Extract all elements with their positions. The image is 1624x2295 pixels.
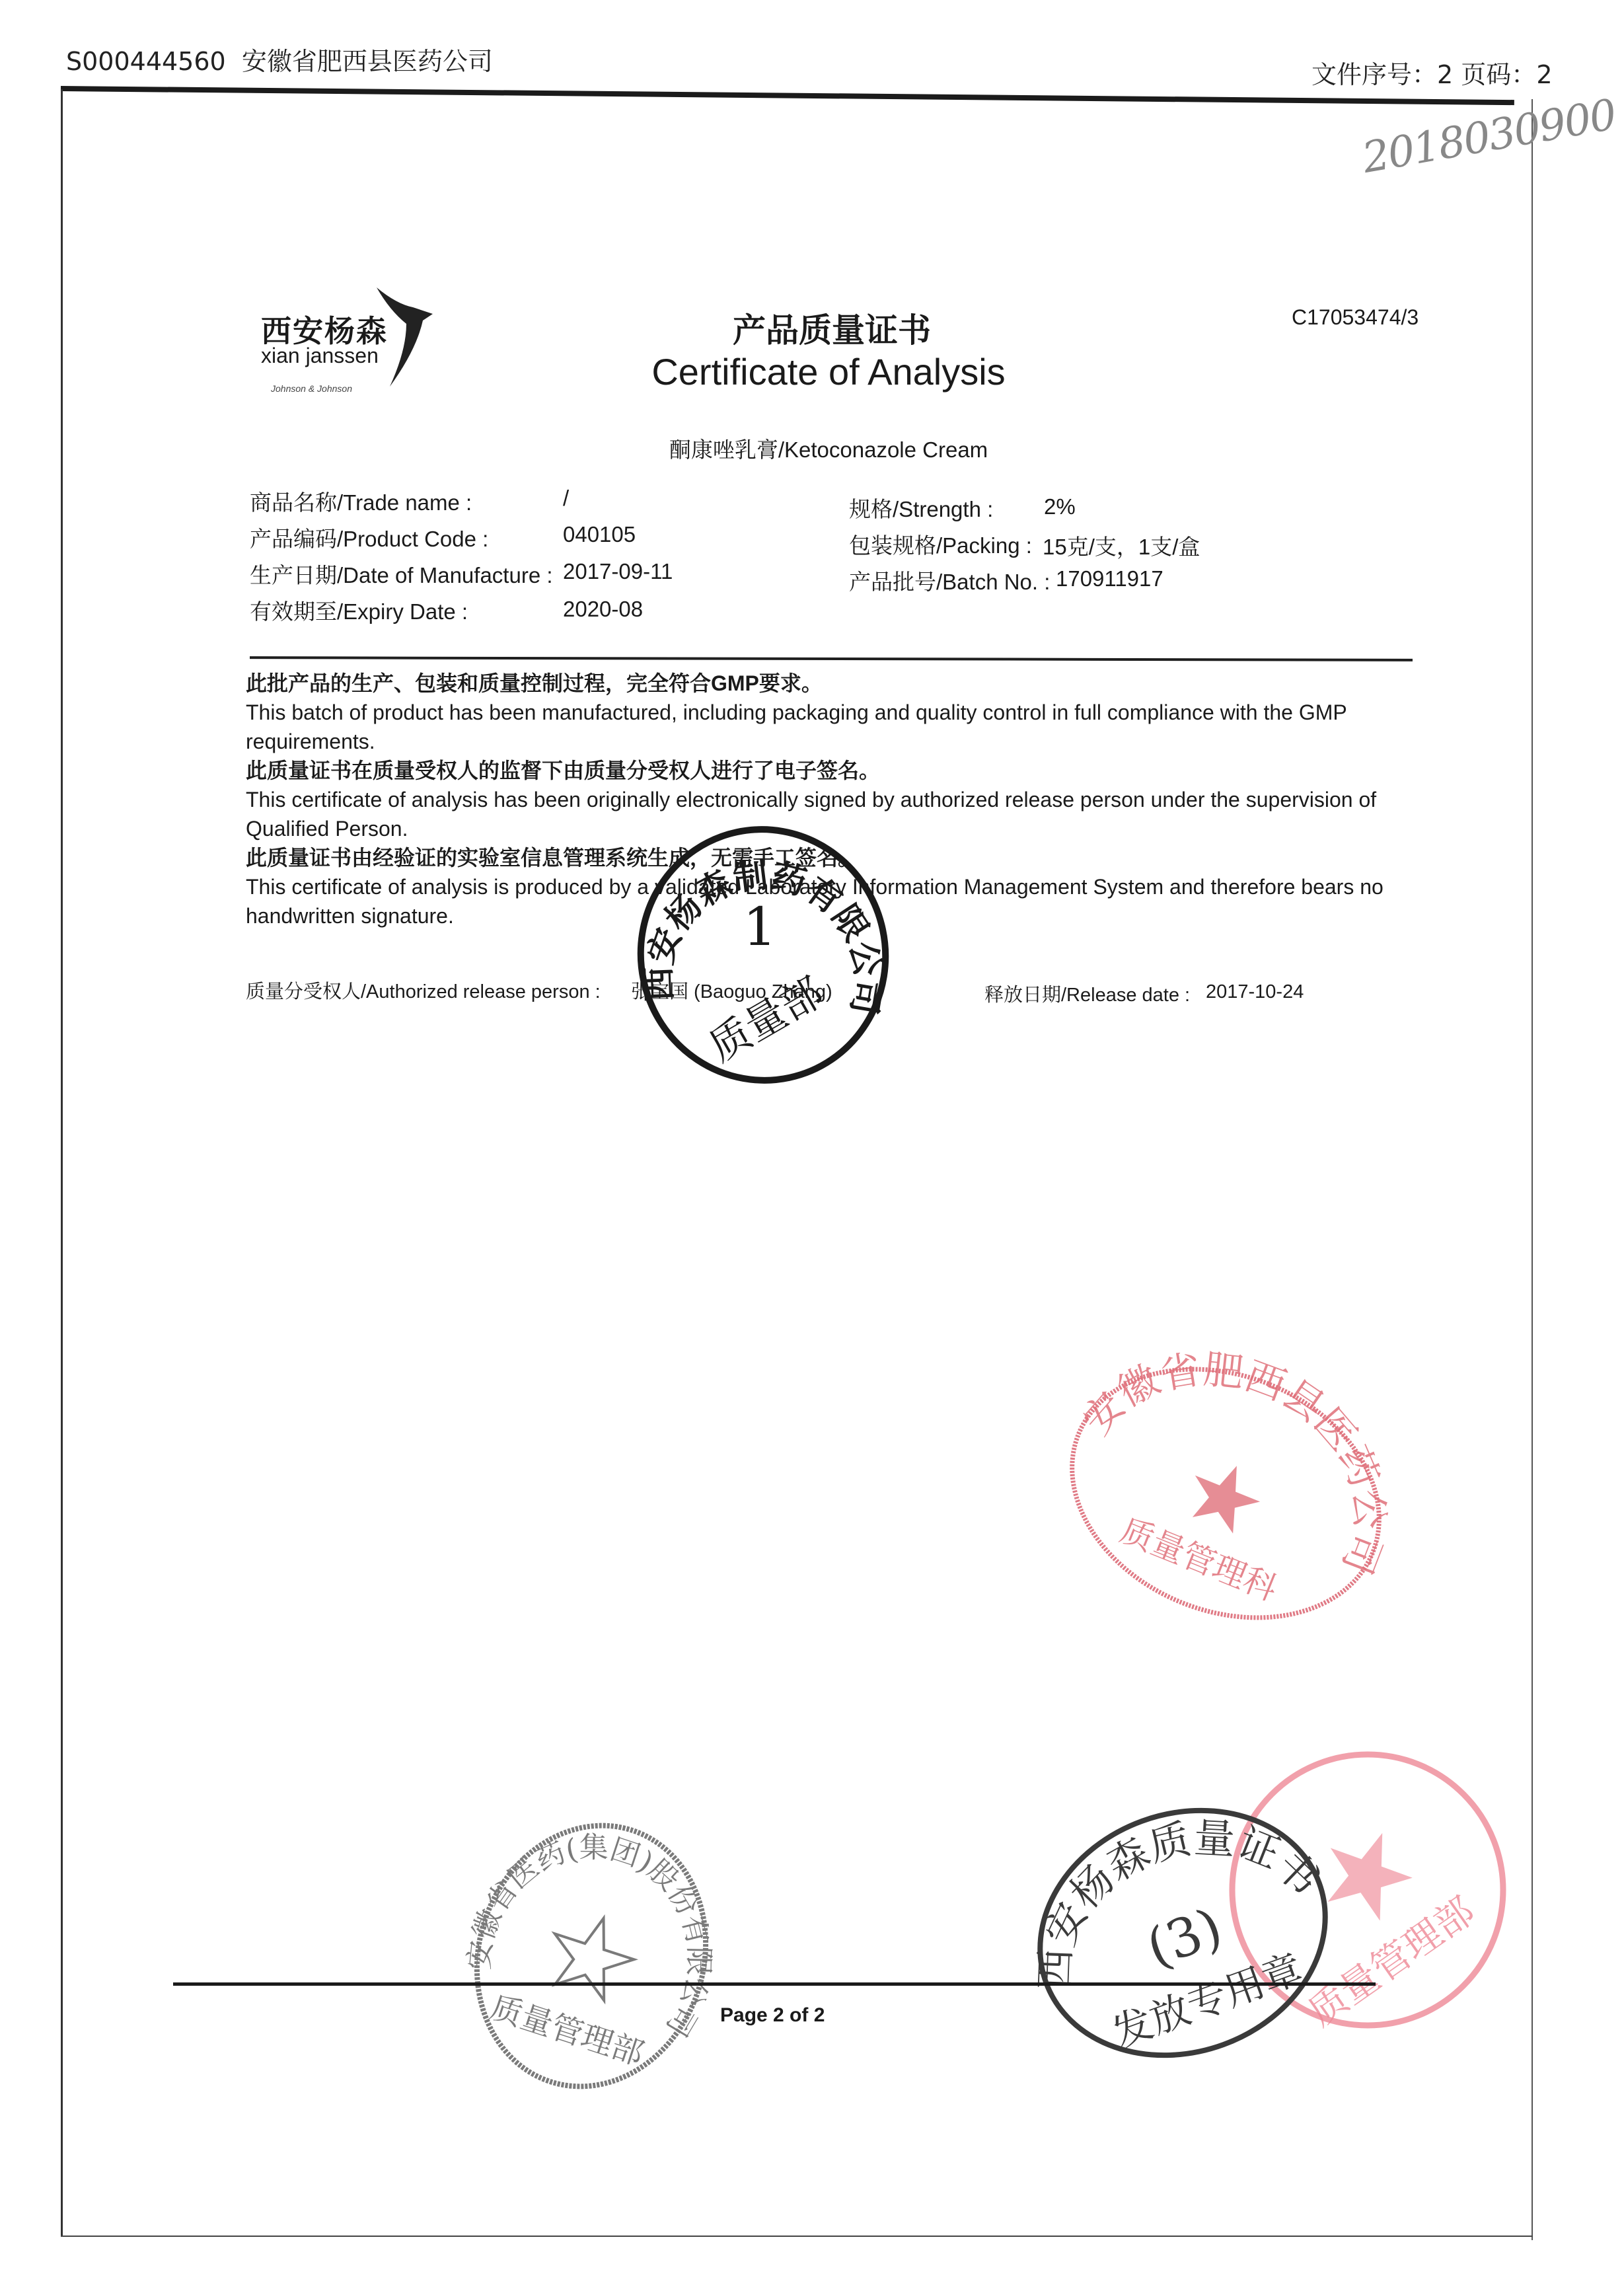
field-label-trade-name: 商品名称/Trade name :	[250, 486, 472, 517]
statement-1-cn: 此批产品的生产、包装和质量控制过程，完全符合GMP要求。	[246, 669, 1422, 698]
scan-frame-top	[61, 86, 1514, 105]
statement-1-en: This batch of product has been manufactu…	[246, 698, 1422, 756]
field-label-product-code: 产品编码/Product Code :	[250, 522, 488, 553]
svg-text:1: 1	[743, 896, 777, 958]
field-label-expiry-date: 有效期至/Expiry Date :	[250, 595, 468, 626]
document-code: C17053474/3	[1292, 305, 1419, 330]
release-date-label: 释放日期/Release date :	[984, 980, 1190, 1007]
page-number: 2	[1536, 60, 1552, 89]
field-value-manufacture-date: 2017-09-11	[563, 559, 673, 584]
receiver-red-stamp: 安徽省肥西县医药公司 质量管理科	[1051, 1348, 1401, 1639]
file-seq: 2	[1437, 60, 1453, 89]
svg-text:(3): (3)	[1138, 1896, 1230, 1979]
footer-divider	[173, 1982, 1376, 1986]
field-label-manufacture-date: 生产日期/Date of Manufacture :	[250, 558, 553, 589]
svg-text:质量管理科: 质量管理科	[1115, 1511, 1283, 1608]
section-divider	[250, 656, 1413, 661]
doc-id: S000444560	[66, 47, 226, 76]
scan-frame-right	[1532, 99, 1533, 2240]
page-indicator: Page 2 of 2	[720, 2004, 825, 2027]
svg-text:质量管理部: 质量管理部	[486, 1988, 648, 2072]
field-value-strength: 2%	[1044, 494, 1076, 519]
page-label: 页码：	[1461, 60, 1536, 89]
wholesaler-gray-stamp: 安徽省医药(集团)股份有限公司 质量管理部	[456, 1811, 727, 2101]
field-value-trade-name: /	[563, 486, 569, 511]
release-seal-stamp: 西安杨森质量证书 (3) 发放专用章	[1017, 1797, 1348, 2068]
field-label-packing: 包装规格/Packing :	[849, 529, 1032, 560]
field-value-expiry-date: 2020-08	[563, 597, 643, 622]
svg-text:安徽省肥西县医药公司: 安徽省肥西县医药公司	[1058, 1348, 1401, 1581]
authorized-person-label: 质量分受权人/Authorized release person :	[246, 977, 601, 1004]
scan-frame-bottom	[61, 2236, 1533, 2237]
title-en: Certificate of Analysis	[0, 350, 1624, 393]
scan-frame-left	[61, 89, 63, 2237]
svg-text:质量部: 质量部	[700, 967, 831, 1071]
scan-header-right: 文件序号：2 页码：2	[1311, 54, 1553, 91]
company-name: 安徽省肥西县医药公司	[242, 47, 493, 76]
field-value-packing: 15克/支，1支/盒	[1043, 530, 1200, 561]
statement-2-cn: 此质量证书在质量受权人的监督下由质量分受权人进行了电子签名。	[246, 756, 1422, 785]
field-value-product-code: 040105	[563, 522, 636, 547]
file-seq-label: 文件序号：	[1311, 60, 1437, 89]
scan-header-left: S000444560 安徽省肥西县医药公司	[66, 41, 493, 77]
field-label-batch-no: 产品批号/Batch No. :	[849, 565, 1050, 596]
release-date: 2017-10-24	[1206, 981, 1304, 1003]
field-label-strength: 规格/Strength :	[849, 492, 993, 523]
svg-text:发放专用章: 发放专用章	[1107, 1945, 1309, 2056]
qa-department-stamp: 西安杨森制药有限公司 1 质量部	[624, 816, 902, 1094]
field-value-batch-no: 170911917	[1056, 566, 1163, 591]
product-name: 酮康唑乳膏/Ketoconazole Cream	[0, 433, 1624, 464]
